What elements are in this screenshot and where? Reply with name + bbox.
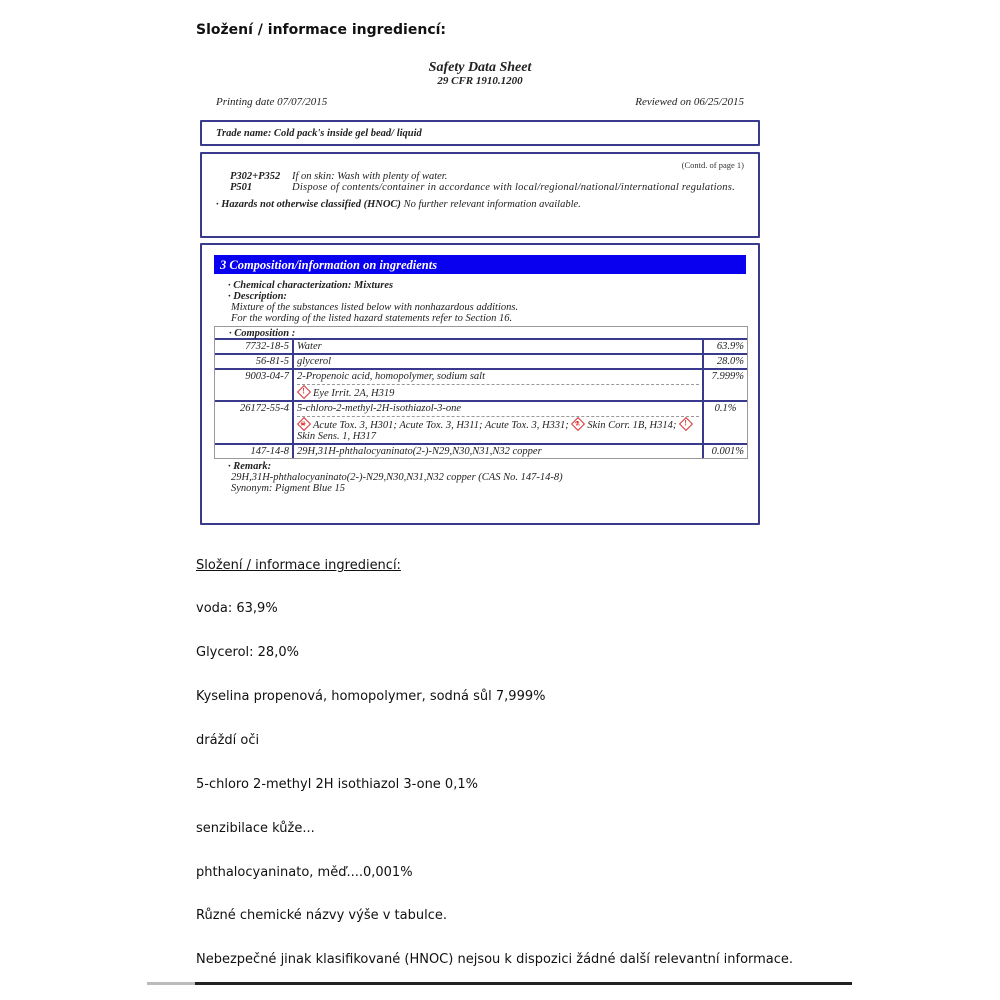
precaution-code: P501 — [230, 182, 292, 193]
translation-line: Různé chemické názvy výše v tabulce. — [196, 908, 447, 923]
printing-date: Printing date 07/07/2015 — [216, 96, 327, 108]
remark-line: 29H,31H-phthalocyaninato(2-)-N29,N30,N31… — [231, 472, 746, 483]
composition-box: 3 Composition/information on ingredients… — [200, 243, 760, 525]
remark-label: · Remark: — [228, 461, 746, 472]
dashed-divider — [297, 384, 699, 385]
hazard-text: Skin Sens. 1, H317 — [297, 431, 376, 442]
ingredient-percent: 0.001% — [704, 445, 747, 458]
table-row: 7732-18-5 Water 63.9% — [215, 340, 747, 355]
corrosion-hazard-icon — [571, 417, 585, 431]
hazard-line: Eye Irrit. 2A, H319 — [297, 386, 699, 399]
ingredient-cell: 2-Propenoic acid, homopolymer, sodium sa… — [294, 370, 704, 400]
description-label: · Description: — [228, 291, 746, 302]
description-line: For the wording of the listed hazard sta… — [231, 313, 746, 324]
precaution-text: Dispose of contents/container in accorda… — [292, 182, 744, 193]
dashed-divider — [297, 416, 699, 417]
composition-table: · Composition : 7732-18-5 Water 63.9% 56… — [214, 326, 748, 459]
translation-heading: Složení / informace ingrediencí: — [196, 558, 401, 573]
composition-label: · Composition : — [215, 327, 747, 340]
hazard-text: Skin Corr. 1B, — [587, 420, 647, 431]
trade-name-box: Trade name: Cold pack's inside gel bead/… — [200, 120, 760, 146]
sds-dates: Printing date 07/07/2015 Reviewed on 06/… — [200, 96, 760, 108]
precaution-text: If on skin: Wash with plenty of water. — [292, 171, 744, 182]
hazard-text: Eye Irrit. 2A, H319 — [313, 388, 394, 399]
translation-line: Nebezpečné jinak klasifikované (HNOC) ne… — [196, 952, 793, 967]
hnoc-text: No further relevant information availabl… — [404, 199, 581, 210]
chem-char-value: Mixtures — [354, 280, 393, 291]
ingredient-name: Water — [294, 340, 704, 353]
cas-number: 9003-04-7 — [215, 370, 294, 400]
precautions-box: (Contd. of page 1) P302+P352 If on skin:… — [200, 152, 760, 238]
ingredient-percent: 28.0% — [704, 355, 747, 368]
sds-subtitle: 29 CFR 1910.1200 — [200, 75, 760, 87]
ingredient-cell: 5-chloro-2-methyl-2H-isothiazol-3-one Ac… — [294, 402, 704, 443]
chem-char-label: · Chemical characterization: — [228, 280, 351, 291]
trade-name: Trade name: Cold pack's inside gel bead/… — [216, 128, 422, 139]
hazard-text: H314; — [650, 420, 677, 431]
cas-number: 56-81-5 — [215, 355, 294, 368]
translation-line: voda: 63,9% — [196, 601, 278, 616]
cas-number: 7732-18-5 — [215, 340, 294, 353]
table-row: 56-81-5 glycerol 28.0% — [215, 355, 747, 370]
section-header: 3 Composition/information on ingredients — [214, 255, 746, 274]
translation-line: phthalocyaninato, měď....0,001% — [196, 865, 413, 880]
ingredient-percent: 7.999% — [704, 370, 747, 400]
table-row: 9003-04-7 2-Propenoic acid, homopolymer,… — [215, 370, 747, 402]
hazard-text: Acute Tox. 3, H301; Acute Tox. 3, H311; … — [313, 420, 569, 431]
page-heading: Složení / informace ingrediencí: — [196, 22, 446, 38]
ingredient-name: 29H,31H-phthalocyaninato(2-)-N29,N30,N31… — [294, 445, 704, 458]
translation-line: 5-chloro 2-methyl 2H isothiazol 3-one 0,… — [196, 777, 478, 792]
table-row: 26172-55-4 5-chloro-2-methyl-2H-isothiaz… — [215, 402, 747, 445]
translation-line: Kyselina propenová, homopolymer, sodná s… — [196, 689, 545, 704]
translation-line: dráždí oči — [196, 733, 259, 748]
remark-line: Synonym: Pigment Blue 15 — [231, 483, 746, 494]
precaution-row: P302+P352 If on skin: Wash with plenty o… — [230, 171, 744, 182]
continued-note: (Contd. of page 1) — [216, 160, 744, 171]
translation-line: Glycerol: 28,0% — [196, 645, 299, 660]
ingredient-name: glycerol — [294, 355, 704, 368]
cas-number: 26172-55-4 — [215, 402, 294, 443]
safety-data-sheet-scan: Safety Data Sheet 29 CFR 1910.1200 Print… — [200, 60, 760, 108]
precaution-row: P501 Dispose of contents/container in ac… — [230, 182, 744, 193]
ingredient-name: 5-chloro-2-methyl-2H-isothiazol-3-one — [297, 403, 699, 414]
divider-segment — [147, 982, 195, 985]
table-row: 147-14-8 29H,31H-phthalocyaninato(2-)-N2… — [215, 445, 747, 458]
remark: · Remark: 29H,31H-phthalocyaninato(2-)-N… — [228, 461, 746, 494]
ingredient-percent: 0.1% — [704, 402, 747, 443]
bottom-divider — [147, 982, 852, 985]
exclamation-hazard-icon — [297, 385, 311, 399]
cas-number: 147-14-8 — [215, 445, 294, 458]
precaution-code: P302+P352 — [230, 171, 292, 182]
ingredient-percent: 63.9% — [704, 340, 747, 353]
ingredient-name: 2-Propenoic acid, homopolymer, sodium sa… — [297, 371, 699, 382]
hnoc-statement: · Hazards not otherwise classified (HNOC… — [216, 199, 744, 210]
hazard-line: Acute Tox. 3, H301; Acute Tox. 3, H311; … — [297, 418, 699, 442]
hnoc-label: · Hazards not otherwise classified (HNOC… — [216, 199, 401, 210]
characterization-info: · Chemical characterization: Mixtures · … — [228, 280, 746, 324]
sds-title: Safety Data Sheet — [200, 60, 760, 75]
skull-hazard-icon — [297, 417, 311, 431]
translation-line: senzibilace kůže... — [196, 821, 315, 836]
description-line: Mixture of the substances listed below w… — [231, 302, 746, 313]
exclamation-hazard-icon — [679, 417, 693, 431]
reviewed-date: Reviewed on 06/25/2015 — [635, 96, 744, 108]
